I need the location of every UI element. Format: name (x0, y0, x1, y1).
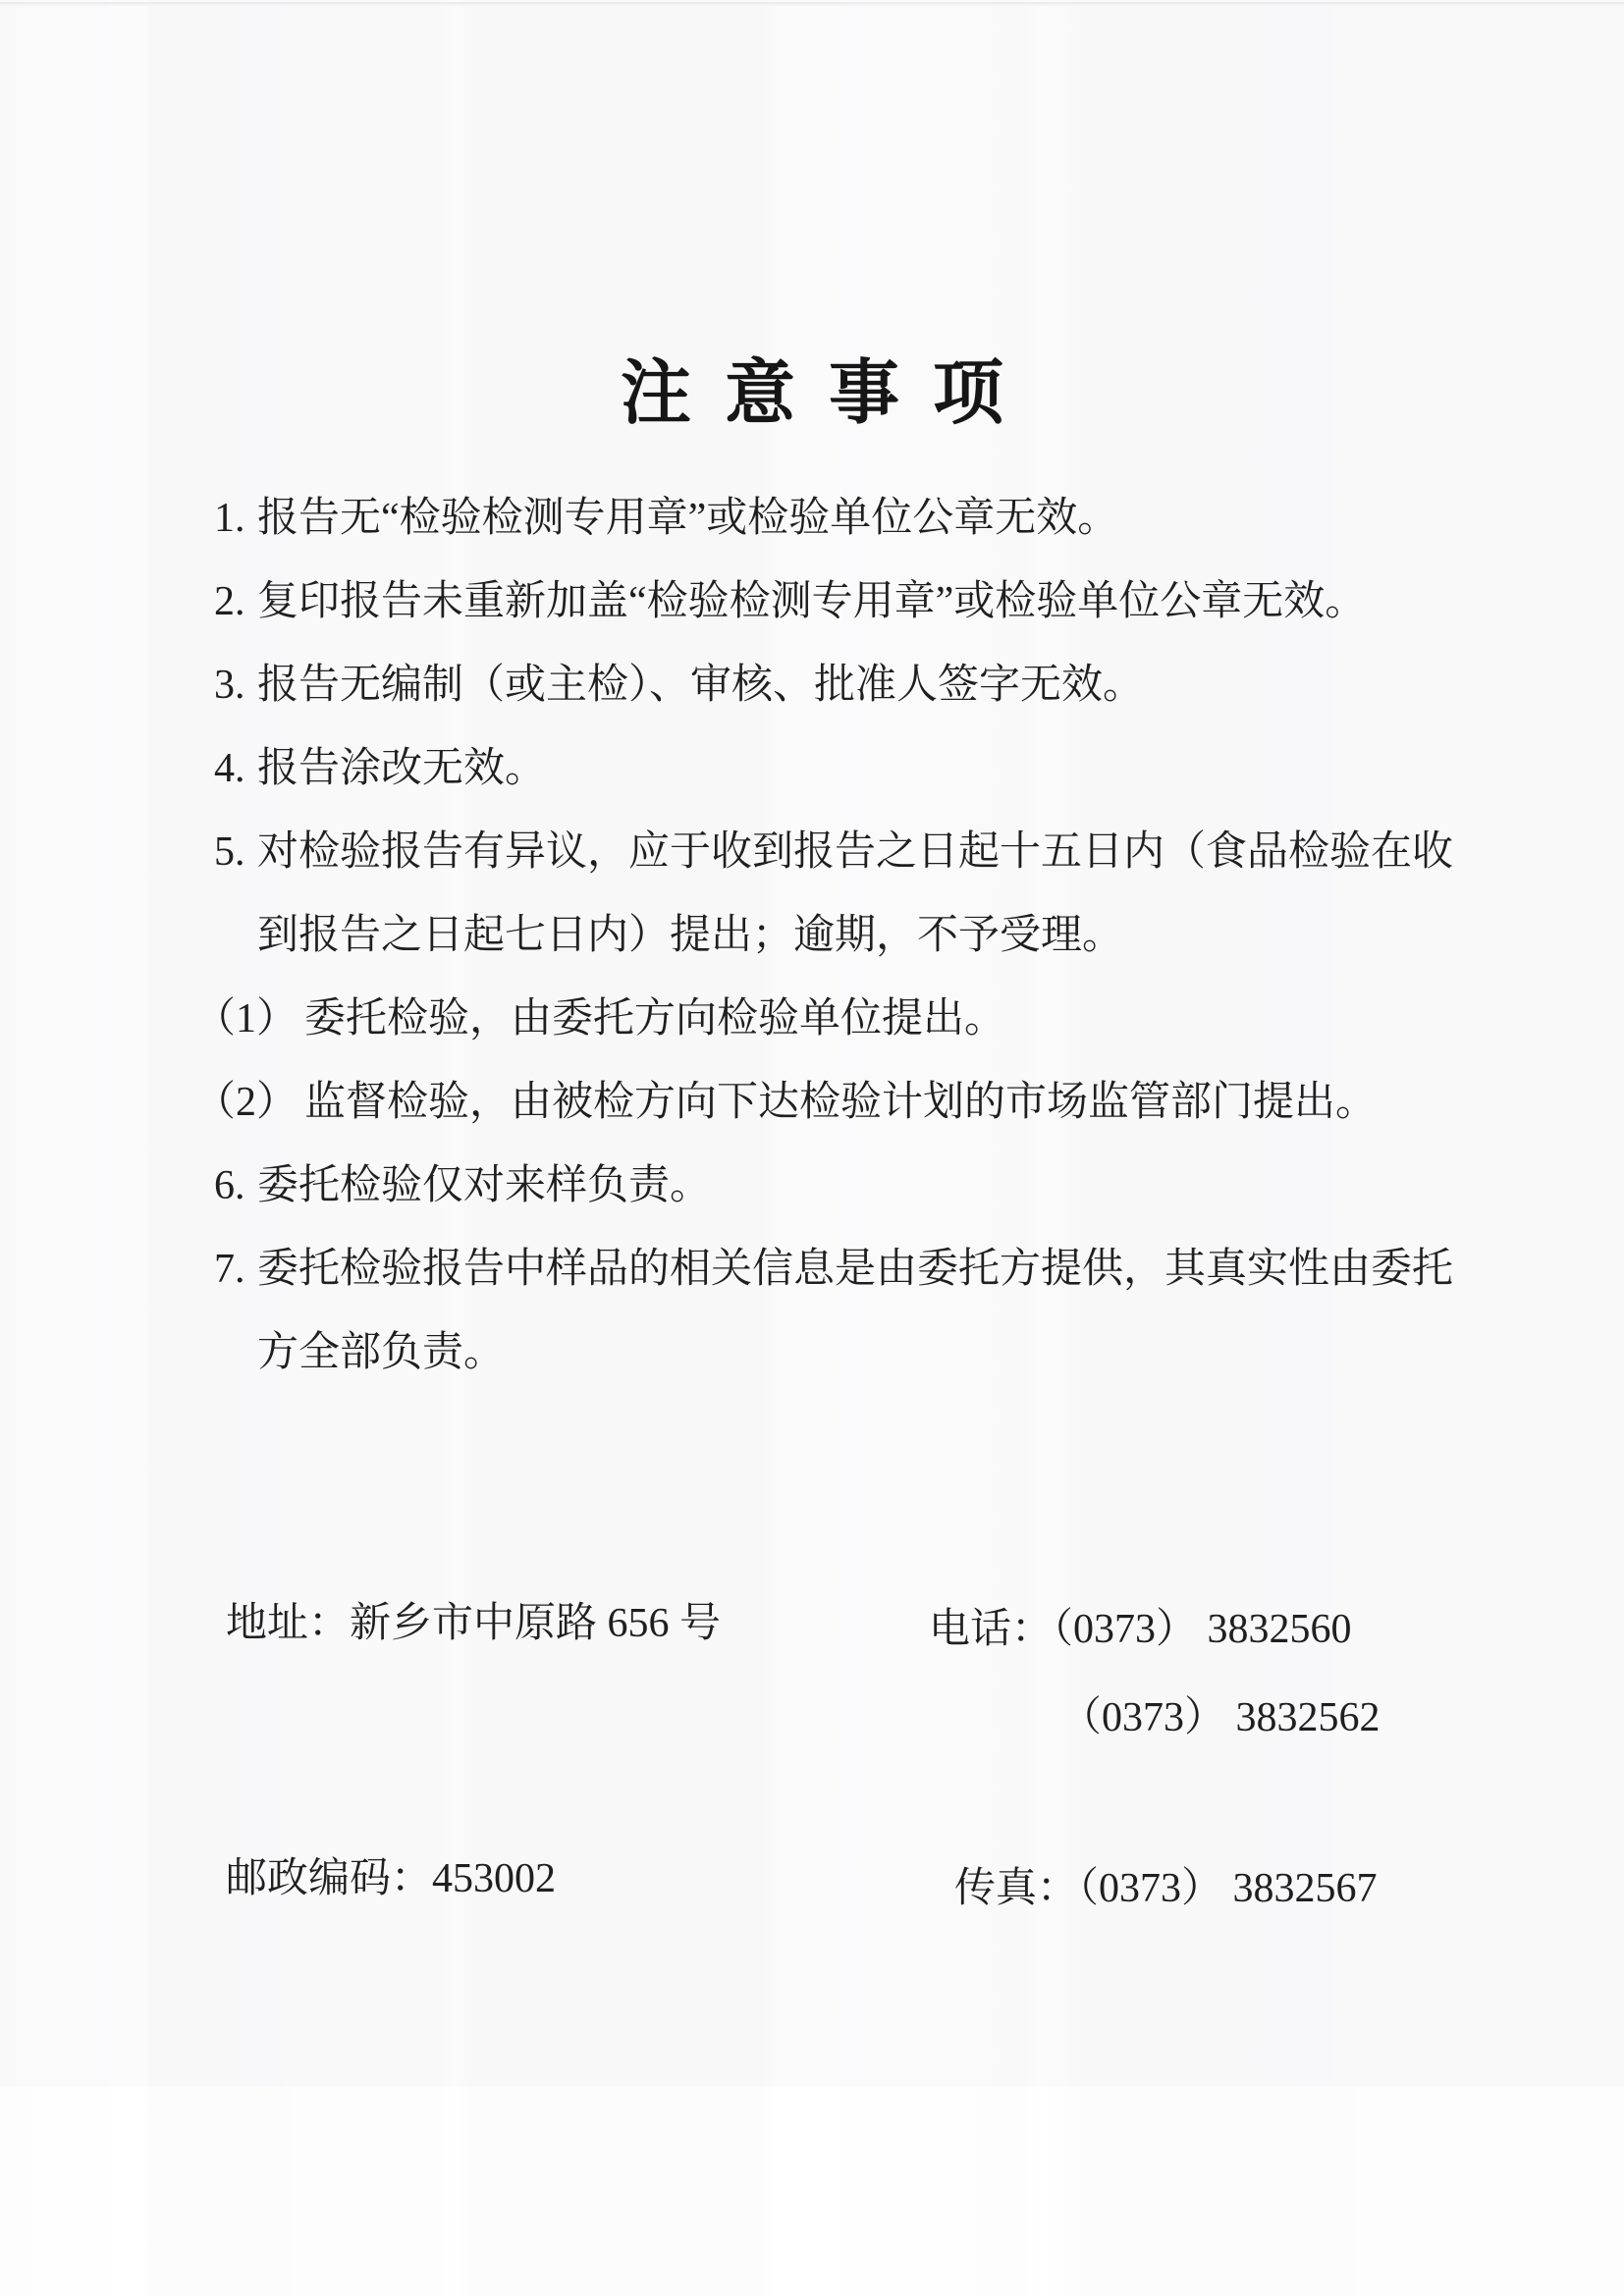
fax-label: 传真： (954, 1866, 1078, 1911)
phone-value-2: （0373） 3832562 (1060, 1695, 1380, 1740)
postal-line: 邮政编码：453002 (226, 1853, 556, 1904)
address-label: 地址： (226, 1601, 350, 1646)
phone-line-1: 电话：（0373） 3832560 (929, 1604, 1352, 1655)
address-value: 新乡市中原路 656 号 (350, 1601, 721, 1646)
phone-line-2: （0373） 3832562 (1060, 1692, 1380, 1743)
postal-value: 453002 (432, 1856, 556, 1901)
phone-value-1: （0373） 3832560 (1053, 1607, 1352, 1652)
address-line: 地址：新乡市中原路 656 号 (226, 1598, 721, 1649)
fax-line: 传真：（0373） 3832567 (954, 1863, 1378, 1914)
fax-value: （0373） 3832567 (1078, 1866, 1378, 1911)
contact-block: 地址：新乡市中原路 656 号 电话：（0373） 3832560 （0373）… (0, 0, 1624, 2296)
postal-label: 邮政编码： (226, 1856, 432, 1901)
document-page: 注意事项 1. 报告无“检验检测专用章”或检验单位公章无效。 2. 复印报告未重… (0, 0, 1624, 2296)
phone-label: 电话： (929, 1607, 1053, 1652)
